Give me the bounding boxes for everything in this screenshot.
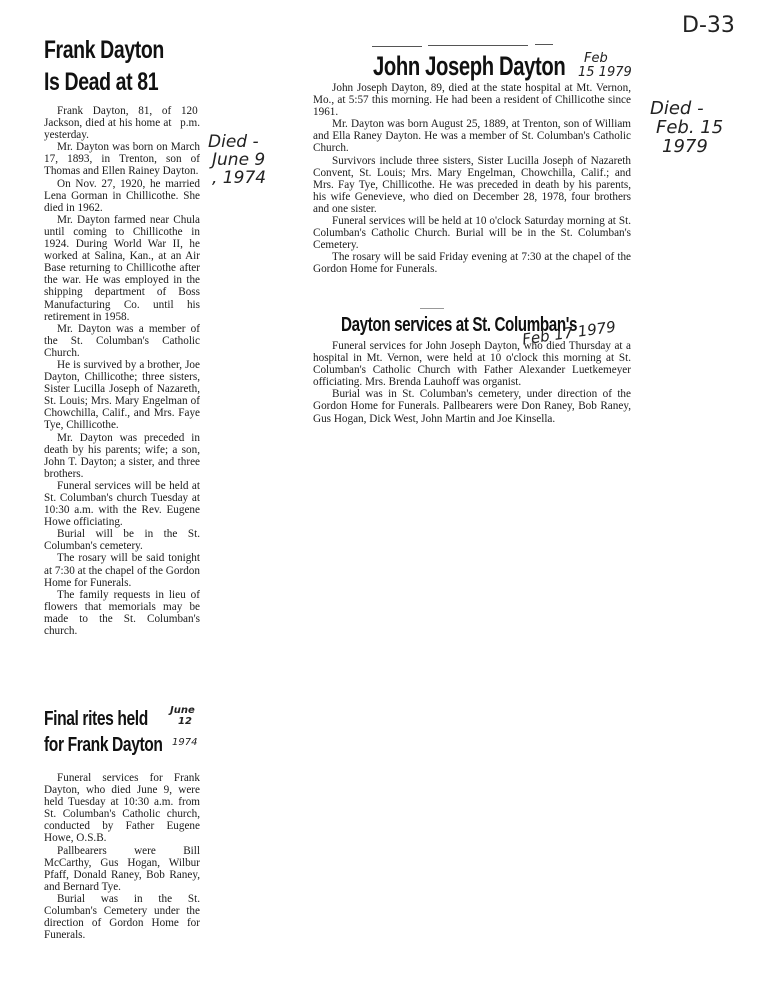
headline: Frank Dayton Is Dead at 81	[44, 34, 204, 98]
paragraph: Burial was in the St. Columban's Cemeter…	[44, 893, 200, 941]
note-line: June 9	[212, 152, 266, 170]
note-line: 1979	[662, 138, 723, 157]
paragraph: Mr. Dayton was a member of the St. Colum…	[44, 323, 200, 359]
handwritten-date-note: June 12	[170, 706, 195, 727]
headline: John Joseph Dayton	[373, 50, 568, 82]
paragraph: Burial was in St. Columban's cemetery, u…	[313, 388, 631, 424]
paragraph: The rosary will be said Friday evening a…	[313, 251, 631, 275]
handwritten-date-note: Feb 15 1979	[578, 52, 632, 79]
article-body: Frank Dayton, 81, of 120 Jackson, died a…	[44, 105, 200, 637]
headline-line: Final rites held	[44, 706, 169, 732]
paragraph: Burial will be in the St. Columban's cem…	[44, 528, 200, 552]
article-body: Funeral services for John Joseph Dayton,…	[313, 340, 631, 425]
note-line: 15 1979	[578, 66, 632, 80]
handwritten-date-note: Died - June 9 , 1974	[208, 134, 266, 188]
divider	[372, 46, 422, 47]
note-line: June	[170, 706, 195, 717]
paragraph: The rosary will be said tonight at 7:30 …	[44, 552, 200, 588]
paragraph: Mr. Dayton was preceded in death by his …	[44, 432, 200, 480]
note-line: , 1974	[212, 170, 266, 188]
paragraph: Funeral services will be held at St. Col…	[44, 480, 200, 528]
divider	[428, 45, 528, 46]
note-line: Feb	[584, 52, 632, 66]
divider	[535, 44, 553, 45]
article-body: John Joseph Dayton, 89, died at the stat…	[313, 82, 631, 276]
paragraph: Mr. Dayton farmed near Chula until comin…	[44, 214, 200, 323]
paragraph: He is survived by a brother, Joe Dayton,…	[44, 359, 200, 432]
paragraph: Survivors include three sisters, Sister …	[313, 155, 631, 215]
paragraph: Mr. Dayton was born on March 17, 1893, i…	[44, 141, 200, 177]
headline-line: for Frank Dayton	[44, 732, 169, 758]
article-frank-dayton-obit: Frank Dayton Is Dead at 81 Frank Dayton,…	[44, 34, 204, 637]
paragraph: Frank Dayton, 81, of 120 Jackson, died a…	[44, 105, 200, 141]
note-line: Feb. 15	[656, 119, 723, 138]
divider	[420, 308, 444, 309]
paragraph: Funeral services for John Joseph Dayton,…	[313, 340, 631, 388]
paragraph: On Nov. 27, 1920, he married Lena Gorman…	[44, 178, 200, 214]
paragraph: The family requests in lieu of flowers t…	[44, 589, 200, 637]
headline-line: Frank Dayton	[44, 34, 169, 66]
paragraph: Mr. Dayton was born August 25, 1889, at …	[313, 118, 631, 154]
headline-line: Is Dead at 81	[44, 66, 169, 98]
handwritten-year-note: 1974	[172, 738, 197, 749]
paragraph: John Joseph Dayton, 89, died at the stat…	[313, 82, 631, 118]
paragraph: Funeral services for Frank Dayton, who d…	[44, 772, 200, 845]
page-label: D-33	[682, 14, 735, 37]
note-line: 12	[178, 717, 195, 728]
paragraph: Pallbearers were Bill McCarthy, Gus Hoga…	[44, 845, 200, 893]
article-john-joseph-dayton-obit: John Joseph Dayton John Joseph Dayton, 8…	[313, 50, 633, 276]
article-body: Funeral services for Frank Dayton, who d…	[44, 772, 200, 941]
paragraph: Funeral services will be held at 10 o'cl…	[313, 215, 631, 251]
margin-date-note: Died - Feb. 15 1979	[650, 100, 723, 157]
